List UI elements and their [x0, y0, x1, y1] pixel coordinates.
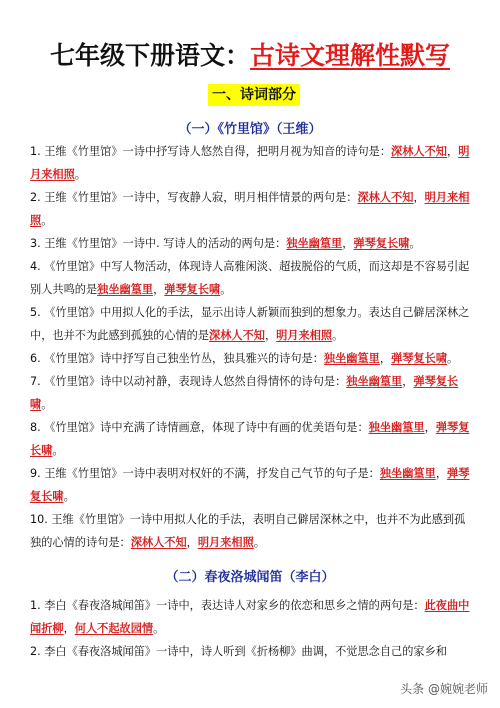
answer-text: 弹琴复长啸	[164, 283, 220, 296]
period: 。	[447, 352, 458, 365]
question-text: 9. 王维《竹里馆》一诗中表明对权奸的不满，抒发自己气节的句子是：	[30, 467, 380, 480]
period: 。	[64, 490, 75, 503]
question-text: 6. 《竹里馆》诗中抒写自己独坐竹丛，独具雅兴的诗句是：	[30, 352, 324, 365]
question-text: 7. 《竹里馆》诗中以动衬静，表现诗人悠然自得情怀的诗句是：	[30, 375, 346, 388]
period: 。	[153, 622, 164, 635]
question-text: 2. 王维《竹里馆》一诗中，写夜静人寂，明月相伴情景的两句是：	[30, 191, 357, 204]
comma: ，	[413, 191, 424, 204]
question-item: 9. 王维《竹里馆》一诗中表明对权奸的不满，抒发自己气节的句子是：独坐幽篁里，弹…	[30, 462, 476, 508]
question-text: 3. 王维《竹里馆》一诗中. 写诗人的活动的两句是：	[30, 237, 286, 250]
comma: ，	[64, 622, 75, 635]
answer-text: 何人不起故园情	[75, 622, 153, 635]
poem-heading-1: （一）《竹里馆》（王维）	[0, 118, 500, 137]
poem-2-items: 1. 李白《春夜洛城闻笛》一诗中，表达诗人对家乡的依恋和思乡之情的两句是：此夜曲…	[30, 594, 476, 663]
comma: ，	[342, 237, 353, 250]
comma: ，	[402, 375, 413, 388]
question-item: 7. 《竹里馆》诗中以动衬静，表现诗人悠然自得情怀的诗句是：独坐幽篁里，弹琴复长…	[30, 370, 476, 416]
answer-text: 明月来相照	[198, 536, 254, 549]
question-item: 1. 李白《春夜洛城闻笛》一诗中，表达诗人对家乡的依恋和思乡之情的两句是：此夜曲…	[30, 594, 476, 640]
answer-text: 独坐幽篁里	[324, 352, 380, 365]
question-item: 3. 王维《竹里馆》一诗中. 写诗人的活动的两句是：独坐幽篁里，弹琴复长啸。	[30, 232, 476, 255]
answer-text: 独坐幽篁里	[286, 237, 342, 250]
question-item: 6. 《竹里馆》诗中抒写自己独坐竹丛，独具雅兴的诗句是：独坐幽篁里，弹琴复长啸。	[30, 347, 476, 370]
answer-text: 弹琴复长啸	[353, 237, 409, 250]
question-item: 1. 王维《竹里馆》一诗中抒写诗人悠然自得，把明月视为知音的诗句是：深林人不知，…	[30, 140, 476, 186]
answer-text: 深林人不知	[391, 145, 447, 158]
comma: ，	[265, 329, 276, 342]
period: 。	[220, 283, 231, 296]
comma: ，	[447, 145, 458, 158]
answer-text: 深林人不知	[209, 329, 265, 342]
period: 。	[41, 214, 52, 227]
poem-heading-2: （二）春夜洛城闻笛（李白）	[0, 566, 500, 585]
question-item: 4. 《竹里馆》中写人物活动，体现诗人高雅闲淡、超拔脱俗的气质，而这却是不容易引…	[30, 255, 476, 301]
watermark: 头条 @婉婉老师	[400, 680, 488, 697]
comma: ，	[153, 283, 164, 296]
question-text: 8. 《竹里馆》诗中充满了诗情画意，体现了诗中有画的优美语句是：	[30, 421, 369, 434]
comma: ，	[425, 421, 436, 434]
answer-text: 独坐幽篁里	[346, 375, 402, 388]
poem-1-items: 1. 王维《竹里馆》一诗中抒写诗人悠然自得，把明月视为知音的诗句是：深林人不知，…	[30, 140, 476, 554]
comma: ，	[187, 536, 198, 549]
answer-text: 弹琴复长啸	[391, 352, 447, 365]
comma: ，	[436, 467, 447, 480]
title-highlight: 古诗文理解性默写	[250, 41, 450, 70]
period: 。	[75, 168, 86, 181]
document-page: 七年级下册语文：古诗文理解性默写 一、诗词部分 （一）《竹里馆》（王维） 1. …	[0, 0, 500, 708]
section-heading: 一、诗词部分	[208, 84, 300, 106]
period: 。	[409, 237, 420, 250]
answer-text: 深林人不知	[357, 191, 413, 204]
page-title: 七年级下册语文：古诗文理解性默写	[0, 38, 500, 74]
answer-text: 深林人不知	[131, 536, 187, 549]
period: 。	[332, 329, 343, 342]
comma: ，	[380, 352, 391, 365]
title-prefix: 七年级下册语文：	[50, 41, 250, 70]
answer-text: 独坐幽篁里	[380, 467, 436, 480]
question-item: 2. 王维《竹里馆》一诗中，写夜静人寂，明月相伴情景的两句是：深林人不知，明月来…	[30, 186, 476, 232]
question-text: 2. 李白《春夜洛城闻笛》一诗中，诗人听到《折杨柳》曲调，不觉思念自己的家乡和	[30, 645, 447, 658]
question-text: 1. 王维《竹里馆》一诗中抒写诗人悠然自得，把明月视为知音的诗句是：	[30, 145, 391, 158]
question-item: 8. 《竹里馆》诗中充满了诗情画意，体现了诗中有画的优美语句是：独坐幽篁里，弹琴…	[30, 416, 476, 462]
answer-text: 独坐幽篁里	[97, 283, 153, 296]
answer-text: 明月来相照	[276, 329, 332, 342]
question-text: 4. 《竹里馆》中写人物活动，体现诗人高雅闲淡、超拔脱俗的气质，而这却是不容易引…	[30, 260, 469, 296]
period: 。	[41, 398, 52, 411]
period: 。	[254, 536, 265, 549]
question-text: 1. 李白《春夜洛城闻笛》一诗中，表达诗人对家乡的依恋和思乡之情的两句是：	[30, 599, 425, 612]
period: 。	[52, 444, 63, 457]
question-item: 5. 《竹里馆》中用拟人化的手法，显示出诗人新颖而独到的想象力。表达自己僻居深林…	[30, 301, 476, 347]
question-item: 10. 王维《竹里馆》一诗中用拟人化的手法，表明自己僻居深林之中，也并不为此感到…	[30, 508, 476, 554]
answer-text: 独坐幽篁里	[369, 421, 425, 434]
question-item: 2. 李白《春夜洛城闻笛》一诗中，诗人听到《折杨柳》曲调，不觉思念自己的家乡和	[30, 640, 476, 663]
